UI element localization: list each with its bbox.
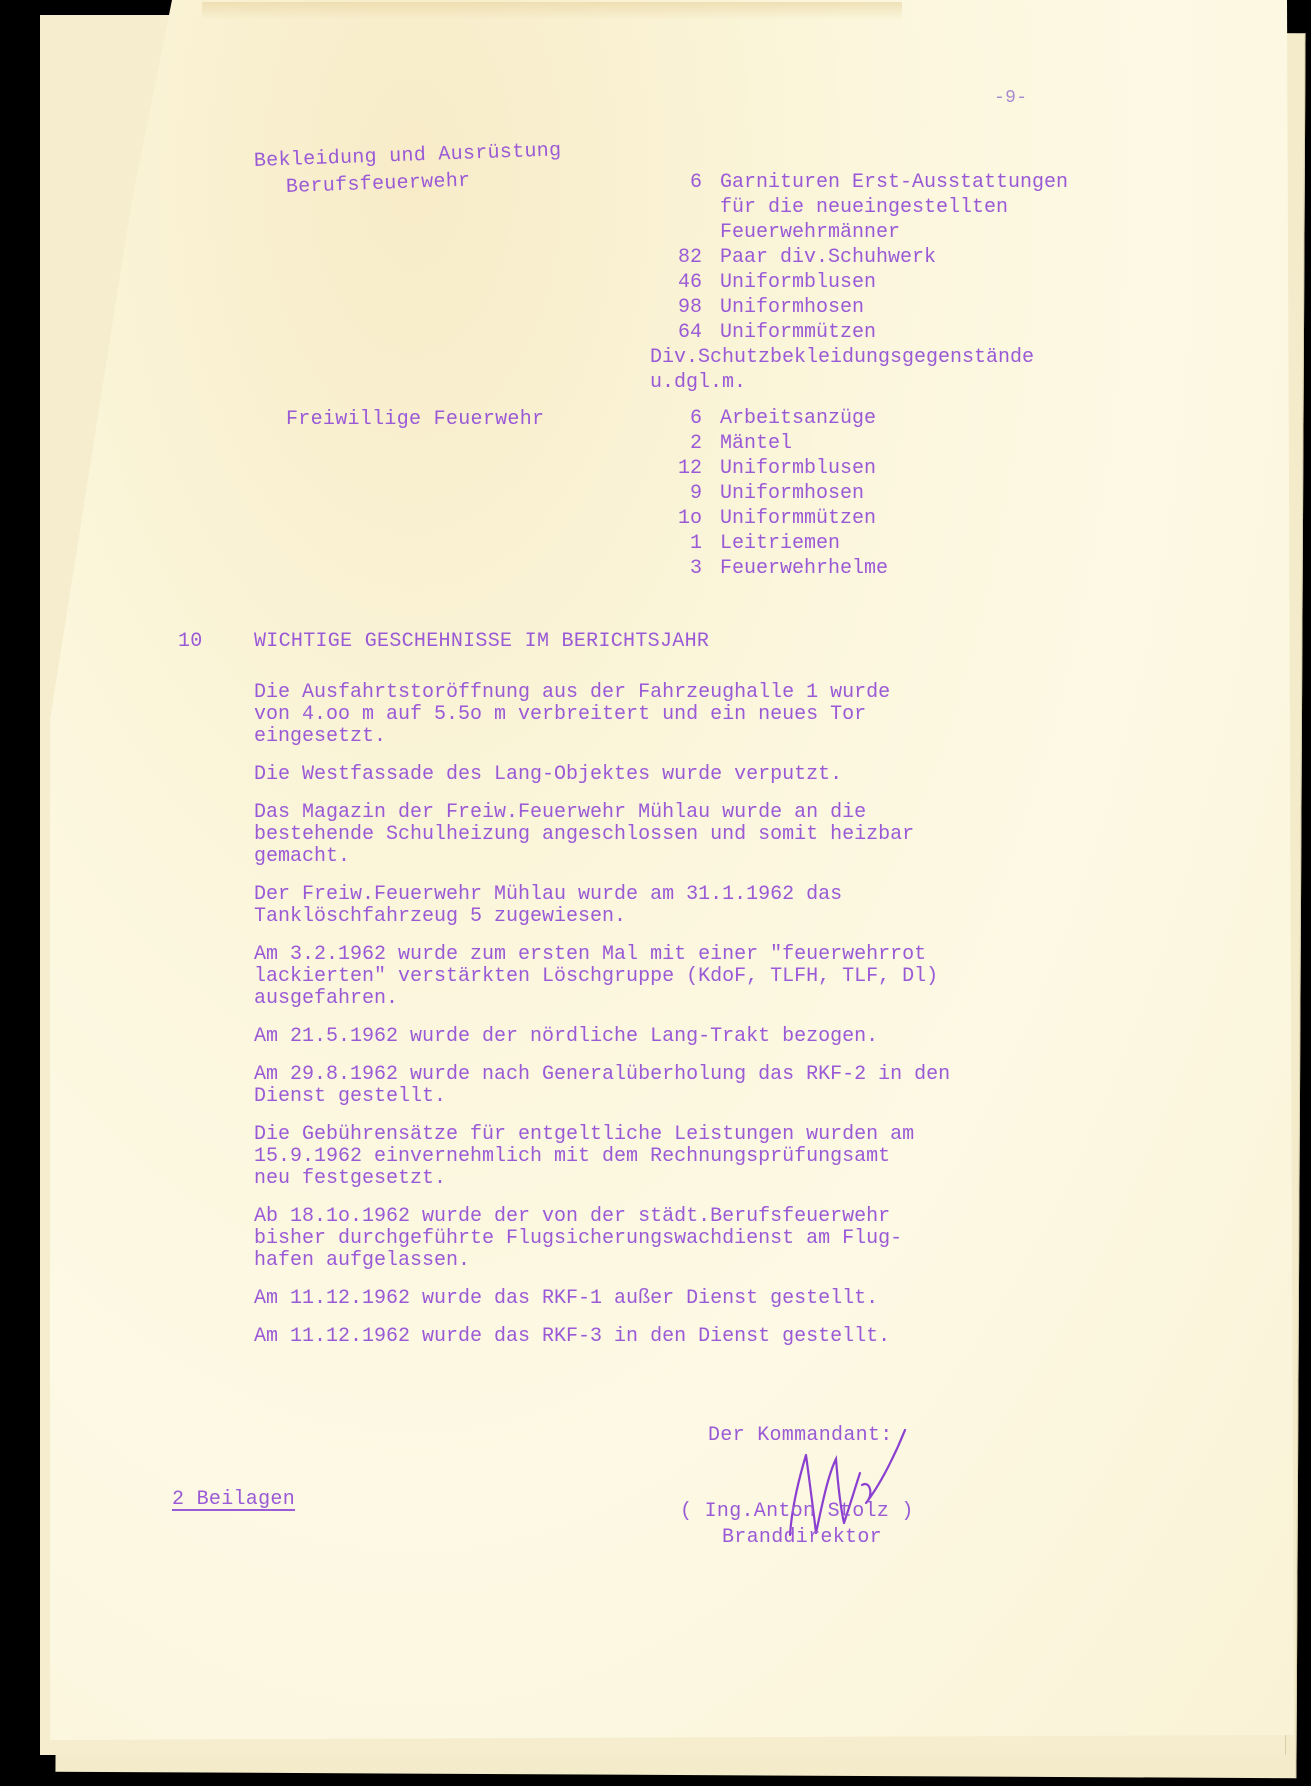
event-paragraph: Die Westfassade des Lang-Objektes wurde … bbox=[254, 764, 1154, 786]
item-quantity: 9 bbox=[658, 481, 702, 506]
clothing-item: 2Mäntel bbox=[658, 431, 888, 456]
clothing-item: 9Uniformhosen bbox=[658, 481, 888, 506]
clothing-item: 1Leitriemen bbox=[658, 531, 888, 556]
item-text: für die neueingestellten bbox=[720, 195, 1008, 220]
event-paragraph: Am 11.12.1962 wurde das RKF-1 außer Dien… bbox=[254, 1288, 1154, 1310]
event-paragraph: Am 29.8.1962 wurde nach Generalüberholun… bbox=[254, 1064, 1154, 1108]
clothing-item: für die neueingestellten bbox=[658, 195, 1068, 220]
item-quantity: 82 bbox=[658, 245, 702, 270]
item-quantity: 98 bbox=[658, 295, 702, 320]
clothing-item: 98Uniformhosen bbox=[658, 295, 1068, 320]
item-text: Div.Schutzbekleidungsgegenstände bbox=[650, 345, 1034, 370]
event-paragraph: Der Freiw.Feuerwehr Mühlau wurde am 31.1… bbox=[254, 884, 1154, 928]
item-text: u.dgl.m. bbox=[650, 370, 746, 395]
event-paragraph: Ab 18.1o.1962 wurde der von der städt.Be… bbox=[254, 1206, 1154, 1272]
item-quantity: 1o bbox=[658, 506, 702, 531]
item-quantity: 6 bbox=[658, 170, 702, 195]
clothing-item: 6Arbeitsanzüge bbox=[658, 406, 888, 431]
clothing-item: Div.Schutzbekleidungsgegenstände bbox=[650, 345, 1068, 370]
item-quantity bbox=[658, 195, 702, 220]
item-quantity: 2 bbox=[658, 431, 702, 456]
item-quantity: 6 bbox=[658, 406, 702, 431]
events-list: Die Ausfahrtstoröffnung aus der Fahrzeug… bbox=[254, 682, 1154, 1364]
item-quantity bbox=[658, 220, 702, 245]
clothing-item: 12Uniformblusen bbox=[658, 456, 888, 481]
item-quantity: 3 bbox=[658, 556, 702, 581]
clothing-item: 3Feuerwehrhelme bbox=[658, 556, 888, 581]
item-text: Uniformhosen bbox=[720, 295, 864, 320]
item-text: Uniformmützen bbox=[720, 320, 876, 345]
event-paragraph: Am 11.12.1962 wurde das RKF-3 in den Die… bbox=[254, 1326, 1154, 1348]
page-number: -9- bbox=[994, 86, 1027, 110]
event-paragraph: Am 21.5.1962 wurde der nördliche Lang-Tr… bbox=[254, 1026, 1154, 1048]
clothing-item: 82Paar div.Schuhwerk bbox=[658, 245, 1068, 270]
clothing-item: 46Uniformblusen bbox=[658, 270, 1068, 295]
section-title: WICHTIGE GESCHEHNISSE IM BERICHTSJAHR bbox=[254, 630, 709, 654]
item-text: Garnituren Erst-Ausstattungen bbox=[720, 170, 1068, 195]
event-paragraph: Das Magazin der Freiw.Feuerwehr Mühlau w… bbox=[254, 802, 1154, 868]
attachments-note: 2 Beilagen bbox=[172, 1488, 295, 1512]
event-paragraph: Die Ausfahrtstoröffnung aus der Fahrzeug… bbox=[254, 682, 1154, 748]
volunteer-items-list: 6Arbeitsanzüge2Mäntel12Uniformblusen9Uni… bbox=[658, 406, 888, 581]
clothing-item: u.dgl.m. bbox=[650, 370, 1068, 395]
event-paragraph: Am 3.2.1962 wurde zum ersten Mal mit ein… bbox=[254, 944, 1154, 1010]
item-text: Uniformmützen bbox=[720, 506, 876, 531]
item-text: Feuerwehrhelme bbox=[720, 556, 888, 581]
item-text: Arbeitsanzüge bbox=[720, 406, 876, 431]
item-text: Feuerwehrmänner bbox=[720, 220, 900, 245]
item-text: Leitriemen bbox=[720, 531, 840, 556]
category-label-volunteer: Freiwillige Feuerwehr bbox=[286, 408, 544, 432]
item-text: Mäntel bbox=[720, 431, 792, 456]
clothing-item: 64Uniformmützen bbox=[658, 320, 1068, 345]
item-text: Uniformhosen bbox=[720, 481, 864, 506]
item-text: Uniformblusen bbox=[720, 456, 876, 481]
item-quantity: 12 bbox=[658, 456, 702, 481]
item-quantity: 64 bbox=[658, 320, 702, 345]
signatory-name: ( Ing.Anton Stolz ) bbox=[680, 1500, 914, 1524]
item-text: Uniformblusen bbox=[720, 270, 876, 295]
clothing-item: 6Garnituren Erst-Ausstattungen bbox=[658, 170, 1068, 195]
section-number: 10 bbox=[178, 630, 203, 654]
item-text: Paar div.Schuhwerk bbox=[720, 245, 936, 270]
paper-stain bbox=[202, 2, 902, 20]
event-paragraph: Die Gebührensätze für entgeltliche Leist… bbox=[254, 1124, 1154, 1190]
item-quantity: 46 bbox=[658, 270, 702, 295]
clothing-item: 1oUniformmützen bbox=[658, 506, 888, 531]
signatory-title: Branddirektor bbox=[722, 1526, 882, 1550]
clothing-item: Feuerwehrmänner bbox=[658, 220, 1068, 245]
professional-items-list: 6Garnituren Erst-Ausstattungenfür die ne… bbox=[658, 170, 1068, 395]
item-quantity: 1 bbox=[658, 531, 702, 556]
